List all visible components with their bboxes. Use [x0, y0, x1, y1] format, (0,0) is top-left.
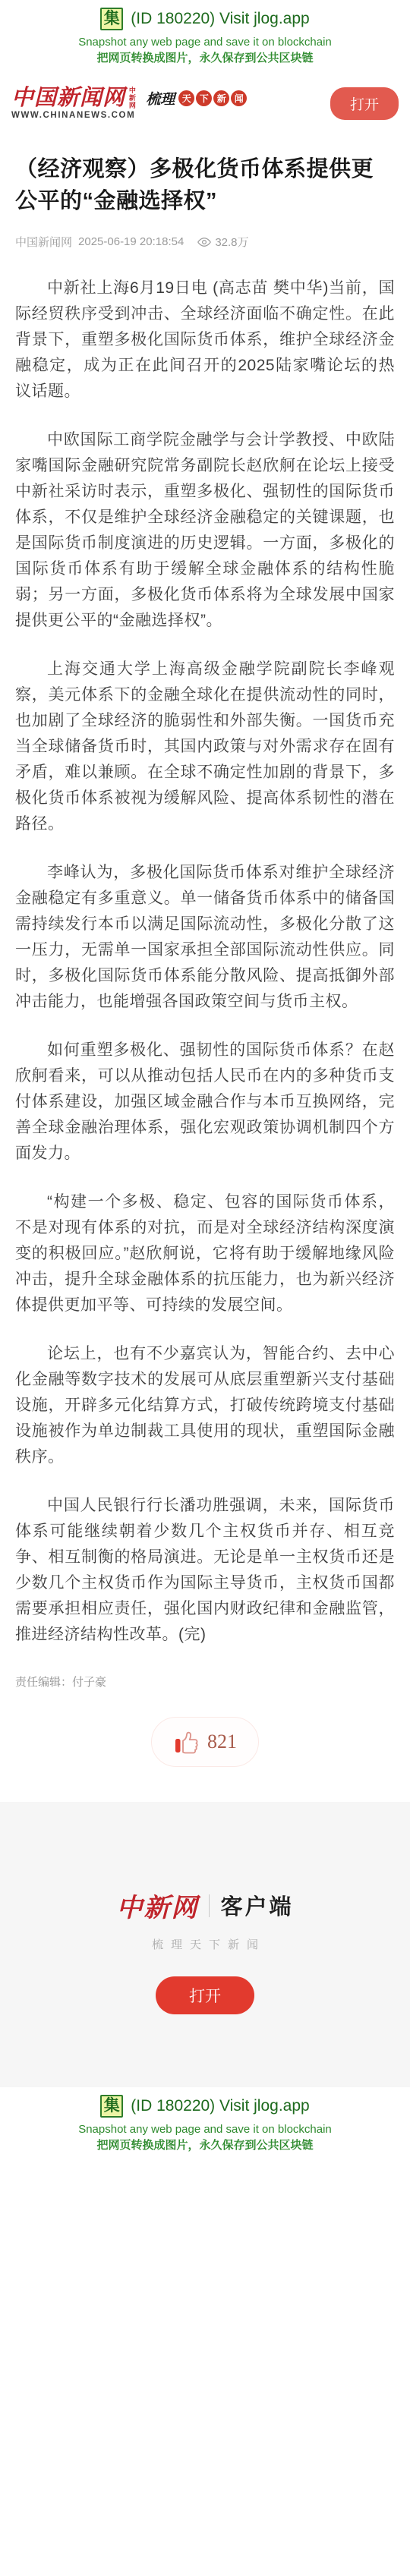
article: （经济观察）多极化货币体系提供更公平的“金融选择权” 中国新闻网 2025-06…	[0, 153, 410, 1767]
banner-subtitle-zh: 把网页转换成图片，永久保存到公共区块链	[0, 50, 410, 67]
banner-subtitle-en: Snapshot any web page and save it on blo…	[0, 2122, 410, 2137]
chinanews-url: WWW.CHINANEWS.COM	[11, 111, 135, 120]
chinanews-logo-text: 中国新闻网	[11, 87, 125, 109]
slogan-seal: 闻	[231, 90, 247, 106]
chinanews-logo-vertical: 中新网	[128, 87, 135, 109]
ji-logo-icon: 集	[100, 8, 123, 30]
slogan-prefix: 梳理	[146, 88, 175, 109]
banner-title: (ID 180220) Visit jlog.app	[131, 2097, 309, 2115]
article-paragraph: 中新社上海6月19日电 (高志苗 樊中华)当前，国际经贸秩序受到冲击、全球经济面…	[15, 276, 395, 405]
footer-app-label: 客户端	[220, 1890, 293, 1921]
article-datetime: 2025-06-19 20:18:54	[78, 235, 184, 248]
app-footer: 中新网 客户端 梳理天下新闻 打开	[0, 1802, 410, 2087]
article-paragraph: 李峰认为，多极化国际货币体系对维护全球经济金融稳定有多重意义。单一储备货币体系中…	[15, 860, 395, 1015]
article-paragraph: 如何重塑多极化、强韧性的国际货币体系？在赵欣舸看来，可以从推动包括人民币在内的多…	[15, 1038, 395, 1167]
footer-divider	[209, 1894, 210, 1917]
footer-logo: 中新网	[116, 1887, 198, 1924]
slogan-badge: 梳理 天 下 新 闻	[146, 88, 247, 109]
article-body: 中新社上海6月19日电 (高志苗 樊中华)当前，国际经贸秩序受到冲击、全球经济面…	[15, 276, 395, 1648]
ji-logo-icon: 集	[100, 2095, 123, 2118]
slogan-seal: 下	[196, 90, 212, 106]
site-header: 中国新闻网 中新网 WWW.CHINANEWS.COM 梳理 天 下 新 闻 打…	[0, 77, 410, 132]
article-paragraph: 上海交通大学上海高级金融学院副院长李峰观察，美元体系下的金融全球化在提供流动性的…	[15, 657, 395, 837]
article-source: 中国新闻网	[15, 234, 72, 250]
thumbs-up-icon	[173, 1729, 200, 1755]
jlog-banner-bottom[interactable]: 集 (ID 180220) Visit jlog.app Snapshot an…	[0, 2087, 410, 2165]
views-eye-icon	[197, 237, 211, 247]
article-byline: 中国新闻网 2025-06-19 20:18:54 32.8万	[15, 234, 395, 250]
jlog-banner-top[interactable]: 集 (ID 180220) Visit jlog.app Snapshot an…	[0, 0, 410, 77]
banner-title: (ID 180220) Visit jlog.app	[131, 10, 309, 28]
article-title: （经济观察）多极化货币体系提供更公平的“金融选择权”	[15, 153, 395, 217]
banner-subtitle-en: Snapshot any web page and save it on blo…	[0, 35, 410, 50]
open-app-button-header[interactable]: 打开	[330, 87, 399, 120]
slogan-seal: 新	[213, 90, 229, 106]
chinanews-logo[interactable]: 中国新闻网 中新网 WWW.CHINANEWS.COM	[11, 87, 135, 120]
article-paragraph: 论坛上，也有不少嘉宾认为，智能合约、去中心化金融等数字技术的发展可从底层重塑新兴…	[15, 1341, 395, 1470]
footer-tagline: 梳理天下新闻	[0, 1936, 410, 1952]
article-paragraph: 中欧国际工商学院金融学与会计学教授、中欧陆家嘴国际金融研究院常务副院长赵欣舸在论…	[15, 427, 395, 634]
like-button[interactable]: 821	[151, 1717, 259, 1767]
article-paragraph: “构建一个多极、稳定、包容的国际货币体系，不是对现有体系的对抗，而是对全球经济结…	[15, 1189, 395, 1318]
like-count: 821	[207, 1730, 237, 1753]
open-app-button-footer[interactable]: 打开	[156, 1976, 254, 2014]
article-paragraph: 中国人民银行行长潘功胜强调，未来，国际货币体系可能继续朝着少数几个主权货币并存、…	[15, 1493, 395, 1648]
views-count: 32.8万	[215, 234, 248, 250]
editor-credit: 责任编辑：付子豪	[15, 1674, 395, 1690]
banner-subtitle-zh: 把网页转换成图片，永久保存到公共区块链	[0, 2137, 410, 2154]
slogan-seal: 天	[178, 90, 194, 106]
